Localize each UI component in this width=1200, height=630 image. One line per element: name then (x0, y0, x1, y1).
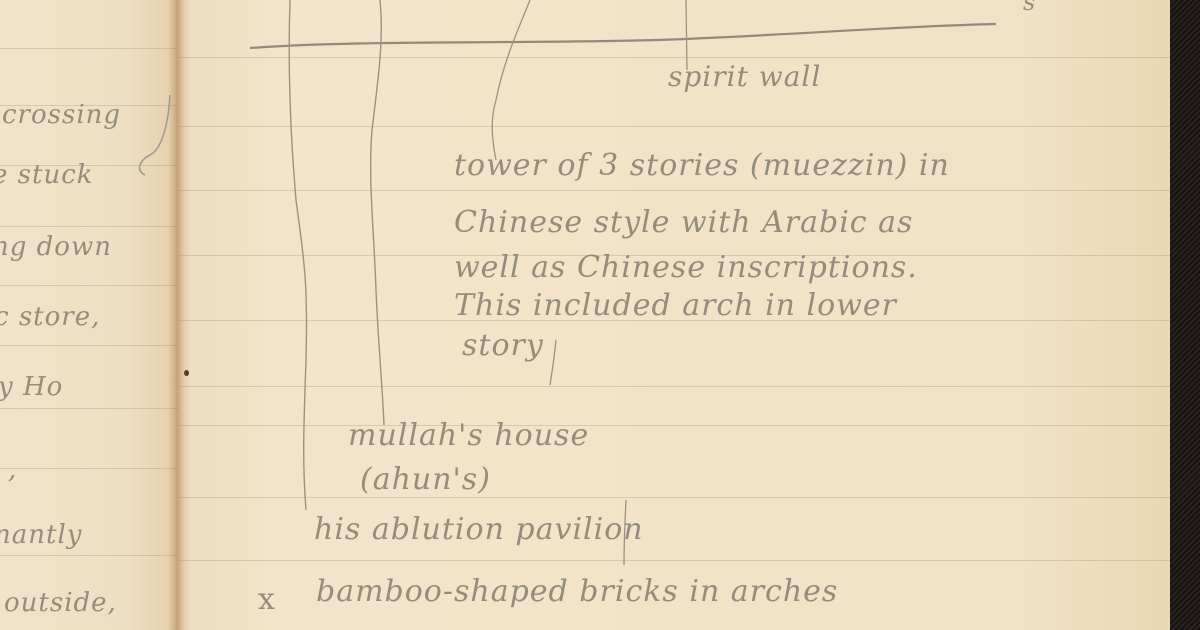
spirit-wall-line (250, 24, 996, 48)
page-gutter (168, 0, 190, 630)
tower-note-line: This included arch in lower (454, 288, 897, 323)
tower-note-line: story (462, 328, 544, 363)
ahun-label: (ahun's) (360, 462, 491, 497)
bullet-x-marker: x (258, 582, 276, 617)
notebook-cover-edge (1170, 0, 1200, 630)
bamboo-bricks-note: bamboo-shaped bricks in arches (316, 574, 838, 609)
tower-note-line: tower of 3 stories (muezzin) in (454, 148, 950, 183)
notebook-spread: crossing e stuck ng down c store, y Ho ,… (0, 0, 1200, 630)
corner-mark: s (1023, 0, 1036, 16)
pencil-stroke-flourish (0, 0, 178, 630)
ablution-pavilion-label: his ablution pavilion (314, 512, 644, 547)
spirit-wall-label: spirit wall (668, 60, 821, 93)
tower-note-line: Chinese style with Arabic as (454, 205, 913, 240)
mullah-house-label: mullah's house (348, 418, 589, 453)
right-page: s spirit wall tower of 3 stories (muezzi… (178, 0, 1170, 630)
tower-note-line: well as Chinese inscriptions. (454, 250, 918, 285)
left-page: crossing e stuck ng down c store, y Ho ,… (0, 0, 178, 630)
